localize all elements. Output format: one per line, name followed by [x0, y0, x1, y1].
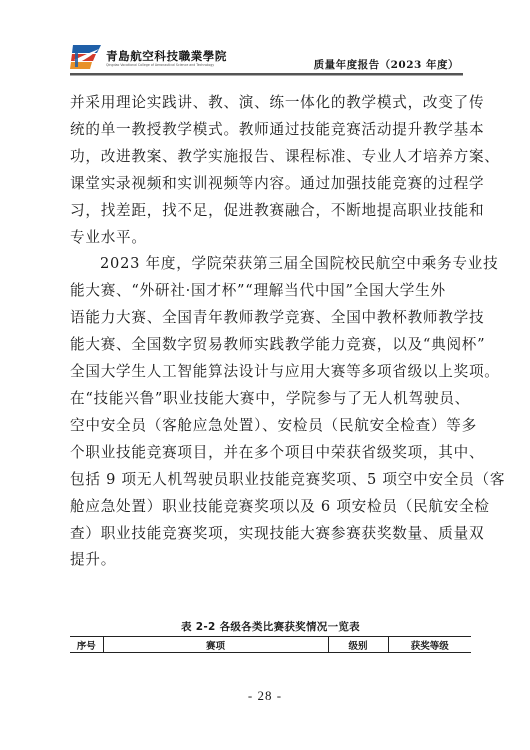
- text-line: 语能力大赛、全国青年教师教学竞赛、全国中教杯教师教学技: [70, 305, 470, 332]
- text-line: 并采用理论实践讲、教、演、练一体化的教学模式，改变了传: [70, 90, 470, 117]
- text-line: 全国大学生人工智能算法设计与应用大赛等多项省级以上奖项。: [70, 359, 470, 386]
- header-divider-shadow: [70, 75, 463, 76]
- table-header-row: 序号 赛项 级别 获奖等级: [70, 637, 471, 653]
- table-caption: 表 2-2 各级各类比赛获奖情况一览表: [70, 619, 471, 634]
- column-header-award-grade: 获奖等级: [388, 637, 471, 653]
- text-line: 2023 年度，学院荣获第三届全国院校民航空中乘务专业技: [70, 251, 470, 278]
- paragraph-teaching-mode: 并采用理论实践讲、教、演、练一体化的教学模式，改变了传 统的单一教授教学模式。教…: [70, 90, 470, 251]
- text-line: 空中安全员（客舱应急处置）、安检员（民航安全检查）等多: [70, 413, 470, 440]
- column-header-event: 赛项: [103, 637, 328, 653]
- text-line: 能大赛、“外研社·国才杯”“理解当代中国”全国大学生外: [70, 278, 470, 305]
- page-number: - 28 -: [0, 688, 530, 704]
- text-line: 专业水平。: [70, 225, 470, 252]
- text-line: 舱应急处置）职业技能竞赛奖项以及 6 项安检员（民航安全检: [70, 494, 470, 521]
- college-logo-icon: [70, 44, 102, 70]
- body-text: 并采用理论实践讲、教、演、练一体化的教学模式，改变了传 统的单一教授教学模式。教…: [70, 90, 470, 574]
- text-line: 提升。: [70, 547, 470, 574]
- text-line: 统的单一教授教学模式。教师通过技能竞赛活动提升教学基本: [70, 117, 470, 144]
- text-line: 课堂实录视频和实训视频等内容。通过加强技能竞赛的过程学: [70, 171, 470, 198]
- text-line: 查）职业技能竞赛奖项，实现技能大赛参赛获奖数量、质量双: [70, 521, 470, 548]
- text-line: 习，找差距，找不足，促进教赛融合，不断地提高职业技能和: [70, 198, 470, 225]
- award-table: 序号 赛项 级别 获奖等级: [70, 636, 471, 653]
- page-header: 青島航空科技職業學院 Qingdao Vocational College of…: [70, 44, 463, 76]
- paragraph-awards-2023: 2023 年度，学院荣获第三届全国院校民航空中乘务专业技 能大赛、“外研社·国才…: [70, 251, 470, 574]
- school-name-cn: 青島航空科技職業學院: [106, 48, 227, 64]
- text-line: 功，改进教案、教学实施报告、课程标准、专业人才培养方案、: [70, 144, 470, 171]
- text-line: 能大赛、全国数字贸易教师实践教学能力竞赛，以及“典阅杯”: [70, 332, 470, 359]
- report-title: 质量年度报告（2023 年度）: [314, 57, 459, 72]
- text-line: 个职业技能竞赛项目，并在多个项目中荣获省级奖项，其中、: [70, 440, 470, 467]
- school-name-en: Qingdao Vocational College of Aeronautic…: [106, 63, 214, 67]
- text-line: 在“技能兴鲁”职业技能大赛中，学院参与了无人机驾驶员、: [70, 386, 470, 413]
- column-header-index: 序号: [70, 637, 103, 653]
- column-header-level: 级别: [328, 637, 388, 653]
- text-line: 包括 9 项无人机驾驶员职业技能竞赛奖项、5 项空中安全员（客: [70, 467, 470, 494]
